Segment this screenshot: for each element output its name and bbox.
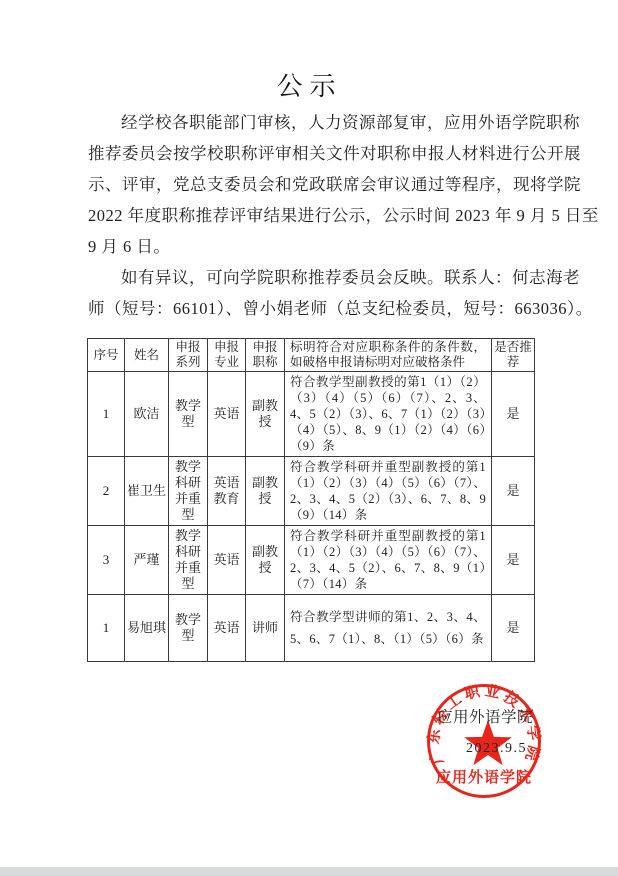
table-header-cell: 姓名 [125, 339, 169, 372]
table-cell-recommended: 是 [492, 457, 535, 526]
signature-date: 2023.9.5 [466, 741, 527, 757]
table-cell-recommended: 是 [492, 526, 535, 595]
signature-org: 应用外语学院 [437, 705, 533, 727]
table-cell-name: 崔卫生 [125, 457, 169, 526]
table-cell-title: 副教授 [246, 457, 285, 526]
table-header-cell: 标明符合对应职称条件的条件数，如破格申报请标明对应破格条件 [285, 339, 492, 372]
table-cell-recommended: 是 [492, 595, 535, 662]
paragraph-line: 经学校各职能部门审核，人力资源部复审，应用外语学院职称 [88, 107, 531, 138]
table-cell-name: 欧洁 [125, 372, 169, 457]
page-bottom-edge [0, 867, 618, 876]
table-cell-name: 严瑾 [125, 526, 169, 595]
table-cell-series: 教学科研并重型 [169, 526, 208, 595]
table-row: 2 崔卫生 教学科研并重型 英语教育 副教授 符合教学科研并重型副教授的第1（1… [88, 457, 535, 526]
paragraph-line: 9 月 6 日。 [88, 231, 531, 262]
paragraph-line: 推荐委员会按学校职称评审相关文件对职称申报人材料进行公开展 [88, 138, 531, 169]
table-cell-series: 教学科研并重型 [169, 457, 208, 526]
table-cell-seq: 1 [88, 372, 125, 457]
paragraph-line: 如有异议，可向学院职称推荐委员会反映。联系人：何志海老 [88, 262, 531, 293]
announcement-body: 经学校各职能部门审核，人力资源部复审，应用外语学院职称 推荐委员会按学校职称评审… [88, 107, 531, 324]
table-cell-major: 英语教育 [208, 457, 246, 526]
table-cell-conditions: 符合教学科研并重型副教授的第1（1）（2）（3）（4）（5）（6）（7）、2、3… [285, 526, 492, 595]
table-header-cell: 序号 [88, 339, 125, 372]
table-header-row: 序号 姓名 申报系列 申报专业 申报职称 标明符合对应职称条件的条件数，如破格申… [88, 339, 535, 372]
table-cell-major: 英语 [208, 595, 246, 662]
table-header-cell: 申报系列 [169, 339, 208, 372]
table-header-cell: 申报职称 [246, 339, 285, 372]
page-title: 公示 [88, 66, 531, 103]
table-cell-seq: 3 [88, 526, 125, 595]
table-header-cell: 是否推荐 [492, 339, 535, 372]
table-cell-title: 讲师 [246, 595, 285, 662]
paragraph-line: 2022 年度职称推荐评审结果进行公示，公示时间 2023 年 9 月 5 日至 [88, 200, 531, 231]
table-cell-series: 教学型 [169, 372, 208, 457]
stamp-inner-text: 应用外语学院 [436, 768, 532, 786]
table-row: 1 易旭琪 教学型 英语 讲师 符合教学型讲师的第1、2、3、4、5、6、7（1… [88, 595, 535, 662]
paragraph-line: 示、评审，党总支委员会和党政联席会审议通过等程序，现将学院 [88, 169, 531, 200]
table-cell-title: 副教授 [246, 372, 285, 457]
table-cell-major: 英语 [208, 526, 246, 595]
table-row: 1 欧洁 教学型 英语 副教授 符合教学型副教授的第1（1）（2）（3）（4）（… [88, 372, 535, 457]
table-cell-seq: 2 [88, 457, 125, 526]
table-cell-recommended: 是 [492, 372, 535, 457]
table-cell-title: 副教授 [246, 526, 285, 595]
results-table: 序号 姓名 申报系列 申报专业 申报职称 标明符合对应职称条件的条件数，如破格申… [87, 338, 535, 662]
document-page: 公示 经学校各职能部门审核，人力资源部复审，应用外语学院职称 推荐委员会按学校职… [0, 0, 618, 876]
table-cell-conditions: 符合教学型副教授的第1（1）（2）（3）（4）（5）（6）（7）、2、3、4、5… [285, 372, 492, 457]
table-row: 3 严瑾 教学科研并重型 英语 副教授 符合教学科研并重型副教授的第1（1）（2… [88, 526, 535, 595]
table-header-cell: 申报专业 [208, 339, 246, 372]
table-cell-seq: 1 [88, 595, 125, 662]
paragraph-line: 师（短号：66101）、曾小娟老师（总支纪检委员，短号：663036）。 [88, 293, 531, 324]
table-cell-name: 易旭琪 [125, 595, 169, 662]
table-cell-major: 英语 [208, 372, 246, 457]
table-cell-conditions: 符合教学科研并重型副教授的第1（1）（2）（3）（4）（5）（6）（7）、2、3… [285, 457, 492, 526]
table-cell-conditions: 符合教学型讲师的第1、2、3、4、5、6、7（1）、8、（1）（5）（6）条 [285, 595, 492, 662]
table-cell-series: 教学型 [169, 595, 208, 662]
